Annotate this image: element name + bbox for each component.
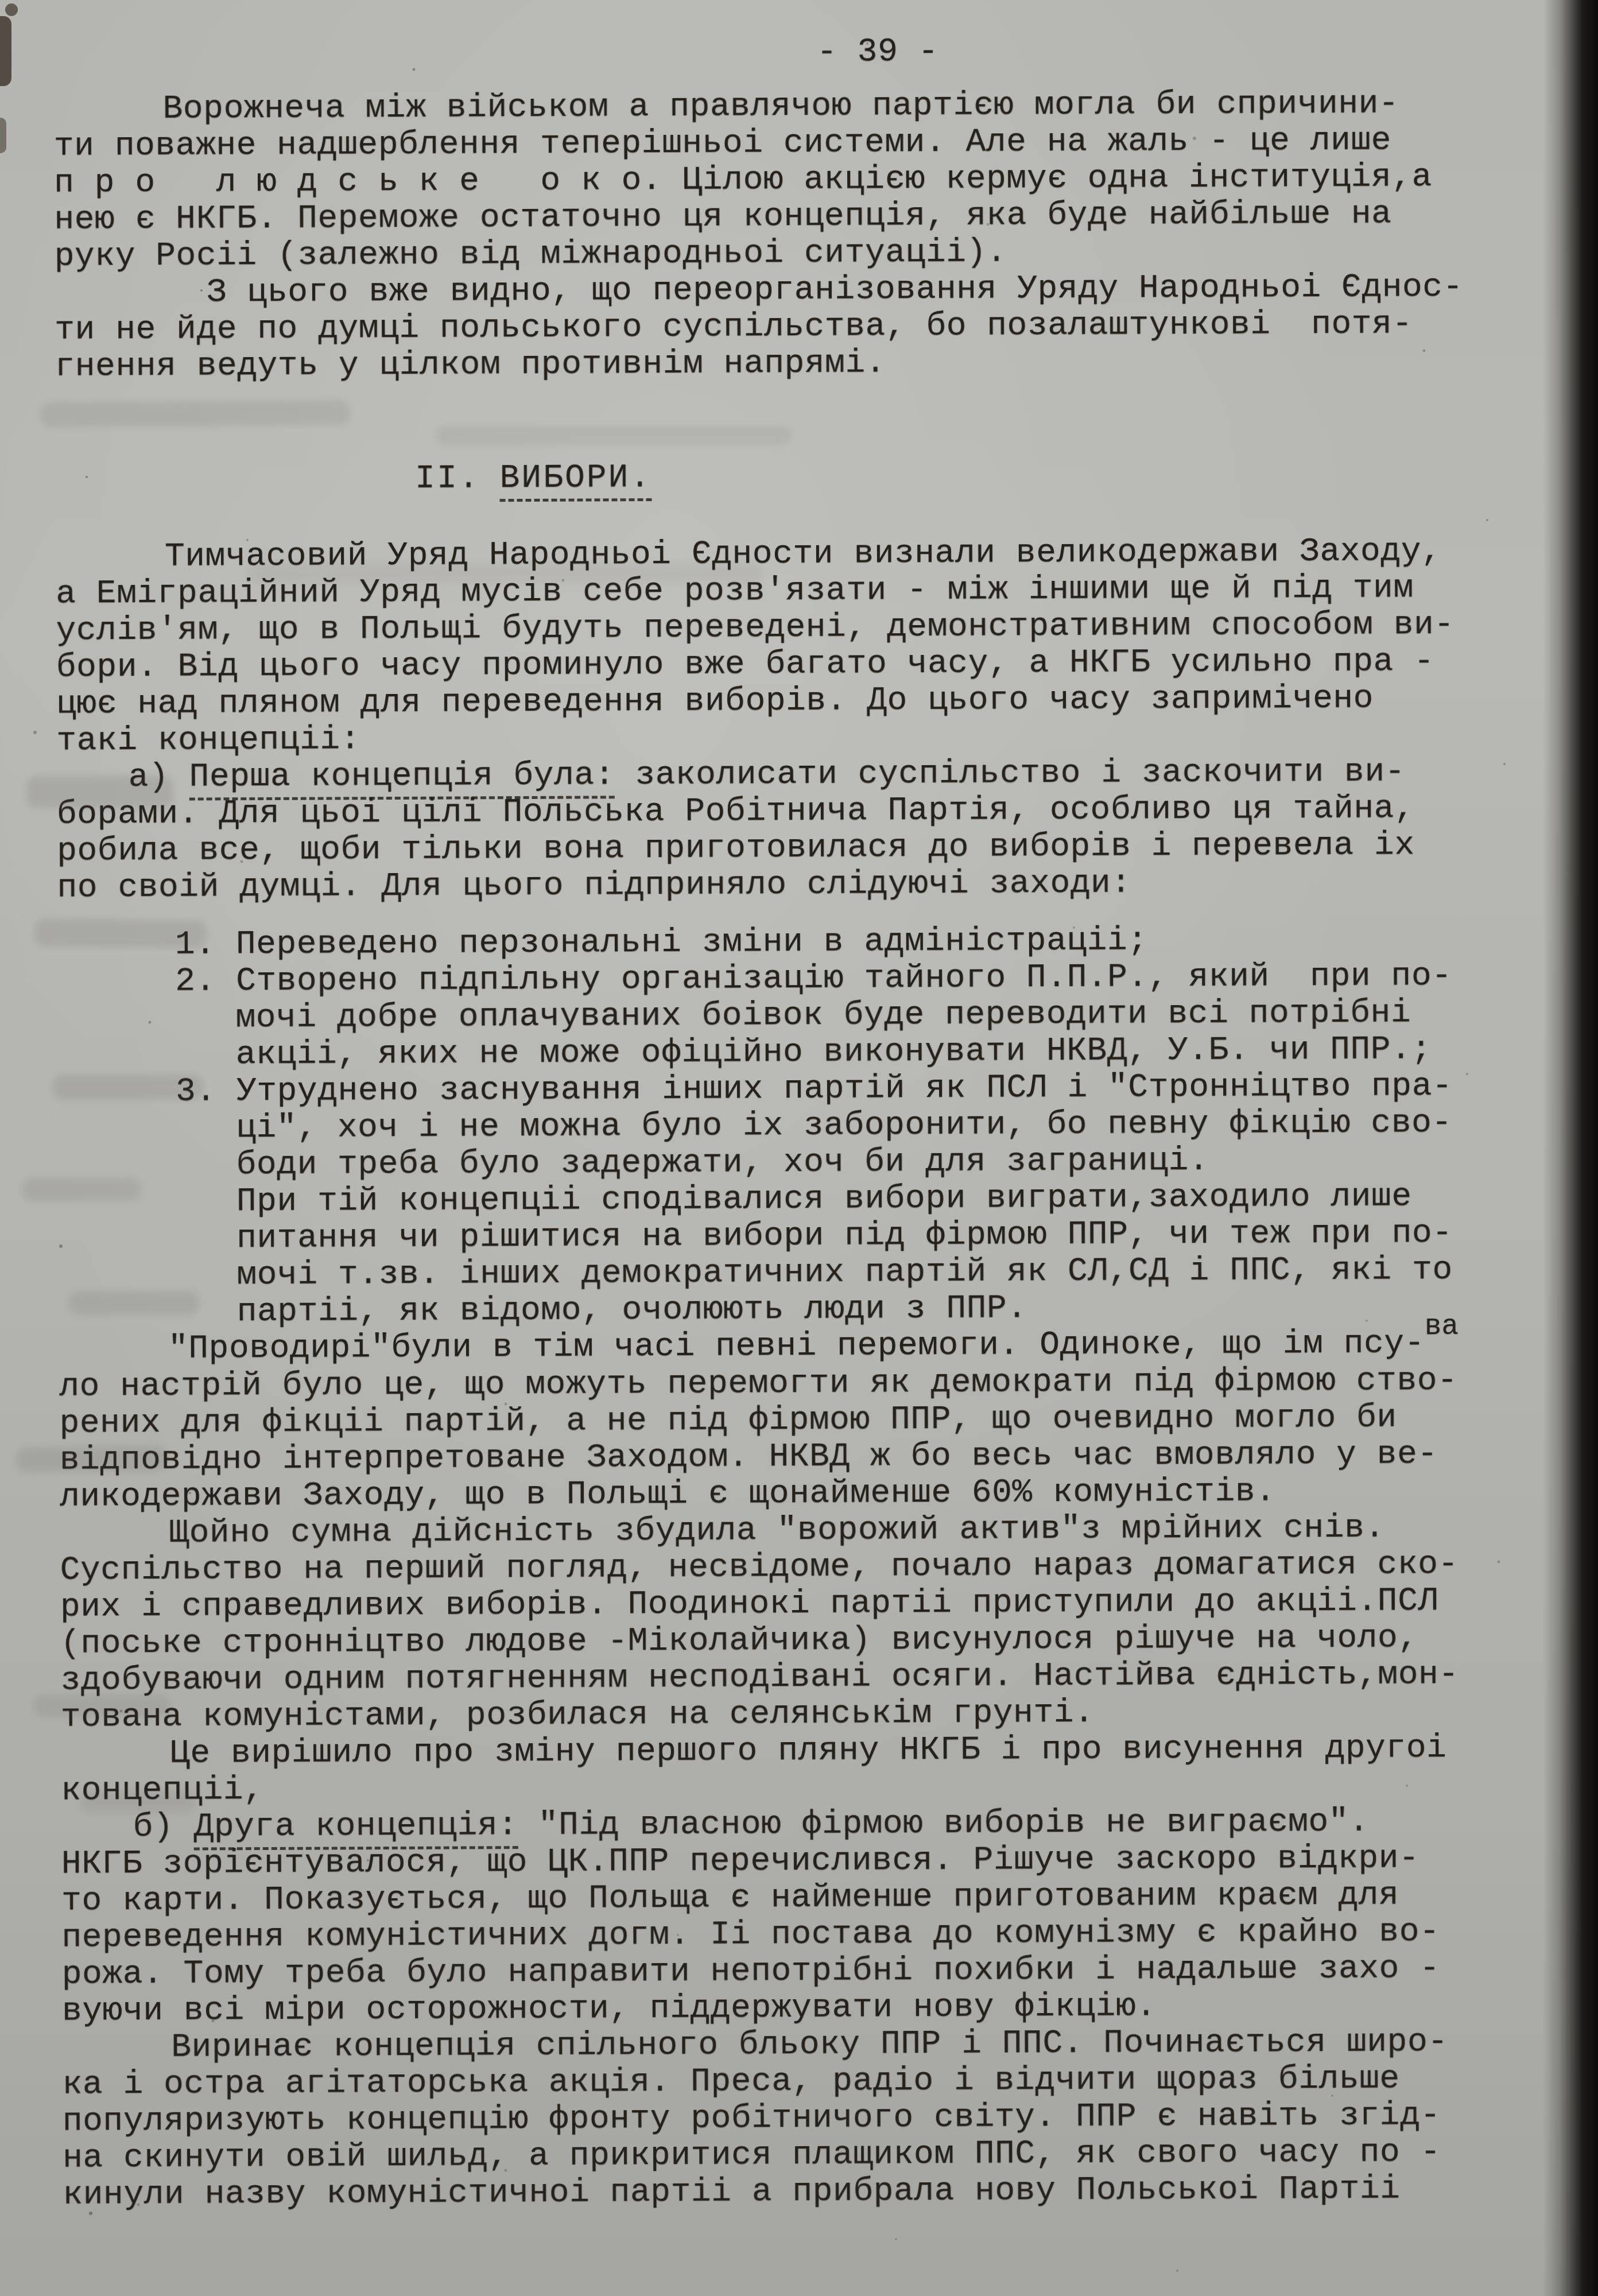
heading-title: ВИБОРИ. (499, 459, 651, 502)
scan-smudge (53, 1075, 203, 1100)
list-note: мочі т.зв. інших демократичних партій як… (59, 1251, 1528, 1294)
book-binding-shadow (1543, 0, 1598, 2296)
paragraph-first-concept: а) Перша концепція була: заколисати сусп… (57, 753, 1527, 906)
scan-smudge (436, 426, 792, 445)
text-line: нею є НКГБ. Переможе остаточно ця концеп… (54, 195, 1523, 238)
document-scan: - 39 - Ворожнеча між військом а правлячо… (0, 0, 1598, 2296)
scan-edge-mark (0, 16, 11, 86)
text-line: кинули назву комуністичноі партіі а приб… (63, 2170, 1532, 2213)
text-line: по своій думці. Для цього підприняло слі… (57, 863, 1526, 906)
scan-smudge (34, 918, 207, 948)
scan-smudge (16, 1445, 167, 1472)
numbered-list: 1. Переведено перзональні зміни в адміні… (57, 921, 1529, 1331)
text-line: робила все, щоби тільки вона приготовила… (57, 827, 1526, 870)
text-line: цює над пляном для переведення виборів. … (56, 680, 1526, 723)
text-segment: "Під власною фірмою виборів не виграємо"… (518, 1804, 1369, 1844)
paragraph-second-concept: б) Друга концепція: "Під власною фірмою … (61, 1803, 1531, 2030)
heading-numeral: ІІ. (415, 460, 480, 497)
scan-edge-mark (5, 3, 18, 16)
typed-insertion: ва (1425, 1310, 1459, 1343)
paper-specks (0, 0, 1, 1)
scan-smudge (69, 1291, 198, 1314)
paragraph-leaders: "Проводирі"були в тім часі певні перемог… (59, 1325, 1529, 1515)
text-line: відповідно інтерпретоване Заходом. НКВД … (60, 1436, 1529, 1479)
text-line: ти не йде по думці польського суспільств… (55, 305, 1524, 348)
list-item-continuation: ці", хоч і не можна було іх заборонити, … (58, 1104, 1527, 1147)
scan-smudge (23, 1178, 141, 1201)
typewritten-text: - 39 - Ворожнеча між військом а правлячо… (53, 31, 1533, 2213)
scan-smudge (26, 776, 173, 808)
text-segment: заколисати суспільство і заскочити ви- (615, 753, 1405, 794)
paragraph-hostility: Ворожнеча між військом а правлячою парті… (53, 85, 1523, 275)
paragraph-reorganization: З цього вже видно, що переорганізовання … (55, 269, 1525, 385)
scan-smudge (40, 401, 350, 428)
list-marker: б) (133, 1809, 193, 1846)
paragraph-common-bloc: Виринає концепція спільного бльоку ППР і… (62, 2023, 1532, 2213)
text-segment: "Проводирі"були в тім часі певні перемог… (168, 1325, 1425, 1368)
text-line: Це вирішило про зміну першого пляну НКГБ… (61, 1729, 1530, 1773)
scan-smudge (33, 1694, 171, 1717)
paragraph-reality: Щойно сумна дійсність збудила "ворожий а… (60, 1509, 1530, 1736)
paragraph-plan-change: Це вирішило про зміну першого пляну НКГБ… (61, 1729, 1531, 1809)
text-line: гнення ведуть у цілком противнім напрямі… (55, 342, 1524, 385)
scan-smudge (80, 1792, 195, 1813)
scan-edge-mark (0, 118, 6, 153)
text-line: рожа. Тому треба було направити непотріб… (62, 1950, 1531, 1993)
text-line: здобуваючи одним потягненням несподівані… (60, 1656, 1530, 1699)
page-number: - 39 - (817, 31, 1523, 71)
scan-smudge (247, 563, 763, 583)
